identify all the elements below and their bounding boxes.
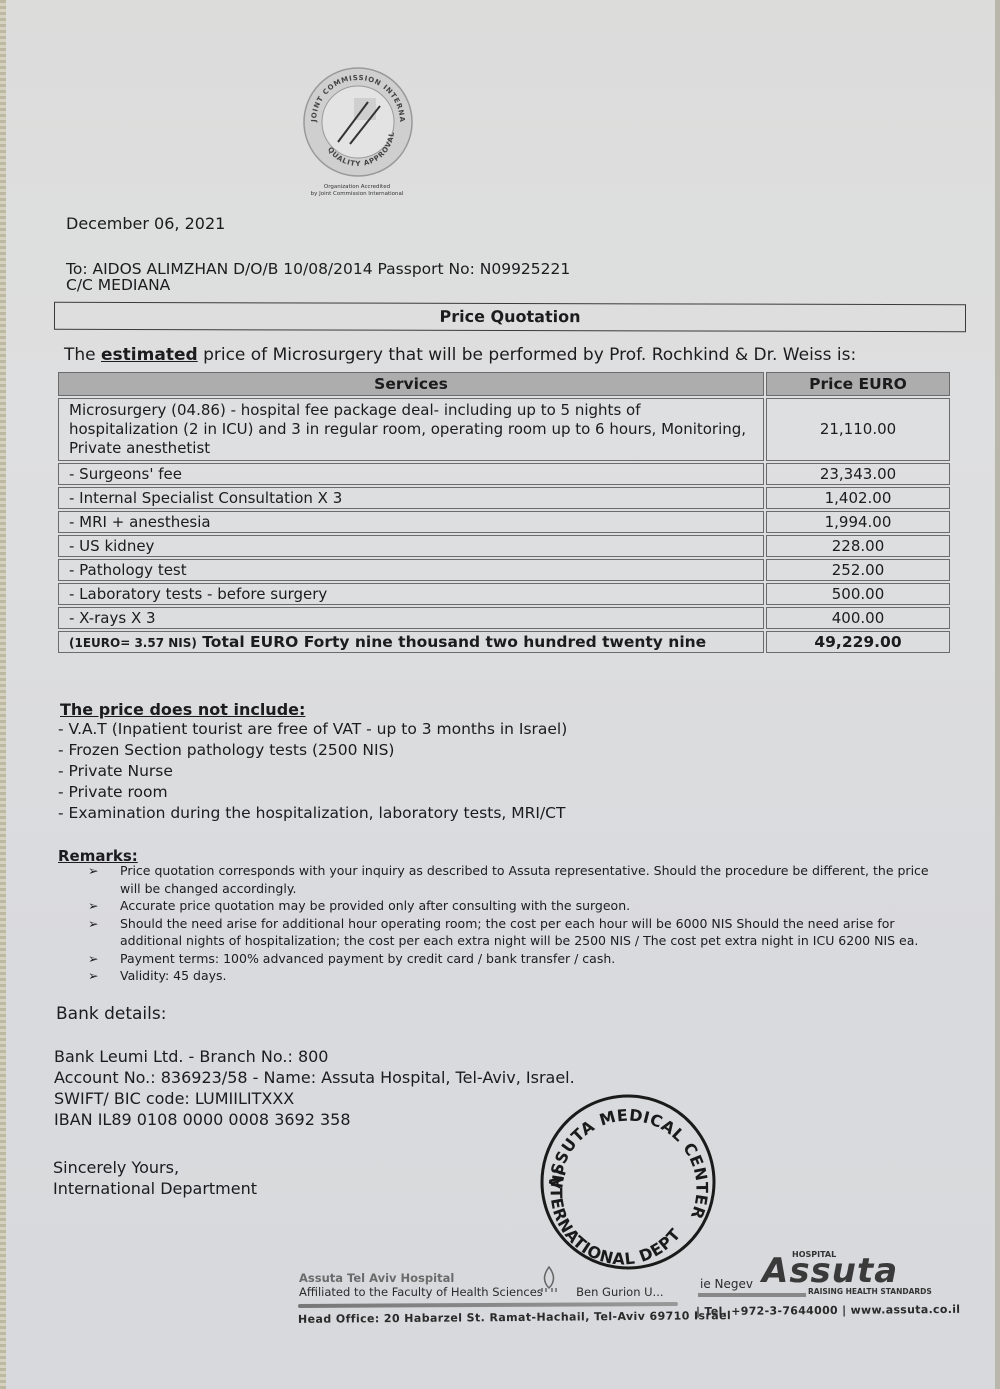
service-cell: - Surgeons' fee xyxy=(58,463,764,485)
title-box: Price Quotation xyxy=(54,302,966,332)
price-cell: 252.00 xyxy=(766,559,950,581)
service-cell: - MRI + anesthesia xyxy=(58,511,764,533)
page-edge-right xyxy=(995,0,1000,1389)
bank-details: Bank Leumi Ltd. - Branch No.: 800 Accoun… xyxy=(54,1046,575,1130)
remark-item: ➢ Should the need arise for additional h… xyxy=(88,915,948,950)
price-cell: 400.00 xyxy=(766,607,950,629)
price-cell: 23,343.00 xyxy=(766,463,950,485)
exclusions-heading: The price does not include: xyxy=(60,700,305,719)
bank-account: Account No.: 836923/58 - Name: Assuta Ho… xyxy=(54,1067,575,1088)
total-label: Total EURO Forty nine thousand two hundr… xyxy=(202,633,706,651)
table-row: - X-rays X 3 400.00 xyxy=(58,607,950,629)
services-price-table: Services Price EURO Microsurgery (04.86)… xyxy=(56,370,952,655)
total-row: (1EURO= 3.57 NIS) Total EURO Forty nine … xyxy=(58,631,950,653)
bank-details-heading: Bank details: xyxy=(56,1004,166,1024)
arrow-bullet-icon: ➢ xyxy=(88,897,98,915)
service-cell: - X-rays X 3 xyxy=(58,607,764,629)
header-price: Price EURO xyxy=(766,372,950,396)
list-item: - Frozen Section pathology tests (2500 N… xyxy=(58,740,567,761)
header-services: Services xyxy=(58,372,764,396)
logo-tagline: RAISING HEALTH STANDARDS xyxy=(808,1287,932,1296)
cc-line: C/C MEDIANA xyxy=(66,276,170,294)
remark-item: ➢ Accurate price quotation may be provid… xyxy=(88,897,948,915)
exclusions-list: - V.A.T (Inpatient tourist are free of V… xyxy=(58,719,567,824)
exchange-rate: (1EURO= 3.57 NIS) xyxy=(69,636,197,650)
total-label-cell: (1EURO= 3.57 NIS) Total EURO Forty nine … xyxy=(58,631,764,653)
department-stamp-icon: ASSUTA MEDICAL CENTERS LTD. INTERNATIONA… xyxy=(536,1090,721,1275)
list-item: - V.A.T (Inpatient tourist are free of V… xyxy=(58,719,567,740)
intro-prefix: The xyxy=(64,345,96,365)
affiliation-text: Affiliated to the Faculty of Health Scie… xyxy=(299,1285,543,1299)
price-cell: 500.00 xyxy=(766,583,950,605)
flame-logo-icon xyxy=(539,1266,559,1292)
table-row: - US kidney 228.00 xyxy=(58,535,950,557)
price-cell: 228.00 xyxy=(766,535,950,557)
total-price: 49,229.00 xyxy=(766,631,950,653)
intro-suffix: price of Microsurgery that will be perfo… xyxy=(203,345,856,365)
bank-swift: SWIFT/ BIC code: LUMIILITXXX xyxy=(54,1088,575,1109)
table-row: - Laboratory tests - before surgery 500.… xyxy=(58,583,950,605)
price-cell: 21,110.00 xyxy=(766,398,950,461)
list-item: - Private Nurse xyxy=(58,761,567,782)
assuta-logo: Assuta xyxy=(762,1251,898,1291)
service-cell: - Laboratory tests - before surgery xyxy=(58,583,764,605)
price-cell: 1,402.00 xyxy=(766,487,950,509)
table-row: - Surgeons' fee 23,343.00 xyxy=(58,463,950,485)
intro-sentence: The estimated price of Microsurgery that… xyxy=(64,345,856,365)
remark-text: Payment terms: 100% advanced payment by … xyxy=(120,951,615,966)
letter-date: December 06, 2021 xyxy=(66,214,225,233)
list-item: - Examination during the hospitalization… xyxy=(58,803,567,824)
footer-divider-right xyxy=(698,1293,806,1297)
bank-iban: IBAN IL89 0108 0000 0008 3692 358 xyxy=(54,1109,575,1130)
footer-contact: | Tel. +972-3-7644000 | www.assuta.co.il xyxy=(696,1303,960,1318)
jci-seal-icon: JOINT COMMISSION INTERNATIONAL QUALITY A… xyxy=(302,66,414,178)
arrow-bullet-icon: ➢ xyxy=(88,915,98,933)
service-cell: - Internal Specialist Consultation X 3 xyxy=(58,487,764,509)
university-name: Ben Gurion U... xyxy=(576,1285,663,1299)
price-cell: 1,994.00 xyxy=(766,511,950,533)
bank-branch: Bank Leumi Ltd. - Branch No.: 800 xyxy=(54,1046,575,1067)
seal-caption-line-1: Organization Accredited xyxy=(296,184,418,191)
service-cell: Microsurgery (04.86) - hospital fee pack… xyxy=(58,398,764,461)
table-header-row: Services Price EURO xyxy=(58,372,950,396)
table-row: Microsurgery (04.86) - hospital fee pack… xyxy=(58,398,950,461)
remark-item: ➢ Validity: 45 days. xyxy=(88,967,948,985)
signatory: International Department xyxy=(53,1178,257,1199)
seal-caption-line-2: by Joint Commission International xyxy=(296,191,418,198)
price-quotation-document: JOINT COMMISSION INTERNATIONAL QUALITY A… xyxy=(6,0,995,1389)
remark-text: Accurate price quotation may be provided… xyxy=(120,898,630,913)
page-title: Price Quotation xyxy=(55,306,965,327)
remark-item: ➢ Price quotation corresponds with your … xyxy=(88,862,948,897)
footer-affiliation: Affiliated to the Faculty of Health Scie… xyxy=(299,1285,664,1299)
table-row: - Internal Specialist Consultation X 3 1… xyxy=(58,487,950,509)
footer-hospital-name: Assuta Tel Aviv Hospital xyxy=(299,1271,454,1285)
footer-divider xyxy=(298,1302,678,1308)
seal-caption: Organization Accredited by Joint Commiss… xyxy=(296,184,418,198)
arrow-bullet-icon: ➢ xyxy=(88,967,98,985)
remark-item: ➢ Payment terms: 100% advanced payment b… xyxy=(88,950,948,968)
remark-text: Validity: 45 days. xyxy=(120,968,227,983)
closing: Sincerely Yours, xyxy=(53,1157,257,1178)
list-item: - Private room xyxy=(58,782,567,803)
intro-emphasis: estimated xyxy=(101,345,198,365)
service-cell: - Pathology test xyxy=(58,559,764,581)
arrow-bullet-icon: ➢ xyxy=(88,862,98,880)
remark-text: Should the need arise for additional hou… xyxy=(120,916,918,949)
table-row: - Pathology test 252.00 xyxy=(58,559,950,581)
remark-text: Price quotation corresponds with your in… xyxy=(120,863,929,896)
service-cell: - US kidney xyxy=(58,535,764,557)
arrow-bullet-icon: ➢ xyxy=(88,950,98,968)
signature-block: Sincerely Yours, International Departmen… xyxy=(53,1157,257,1199)
remarks-list: ➢ Price quotation corresponds with your … xyxy=(88,862,948,985)
footer-address: Head Office: 20 Habarzel St. Ramat-Hacha… xyxy=(298,1309,731,1326)
table-row: - MRI + anesthesia 1,994.00 xyxy=(58,511,950,533)
footer-negev: ie Negev xyxy=(700,1277,753,1291)
